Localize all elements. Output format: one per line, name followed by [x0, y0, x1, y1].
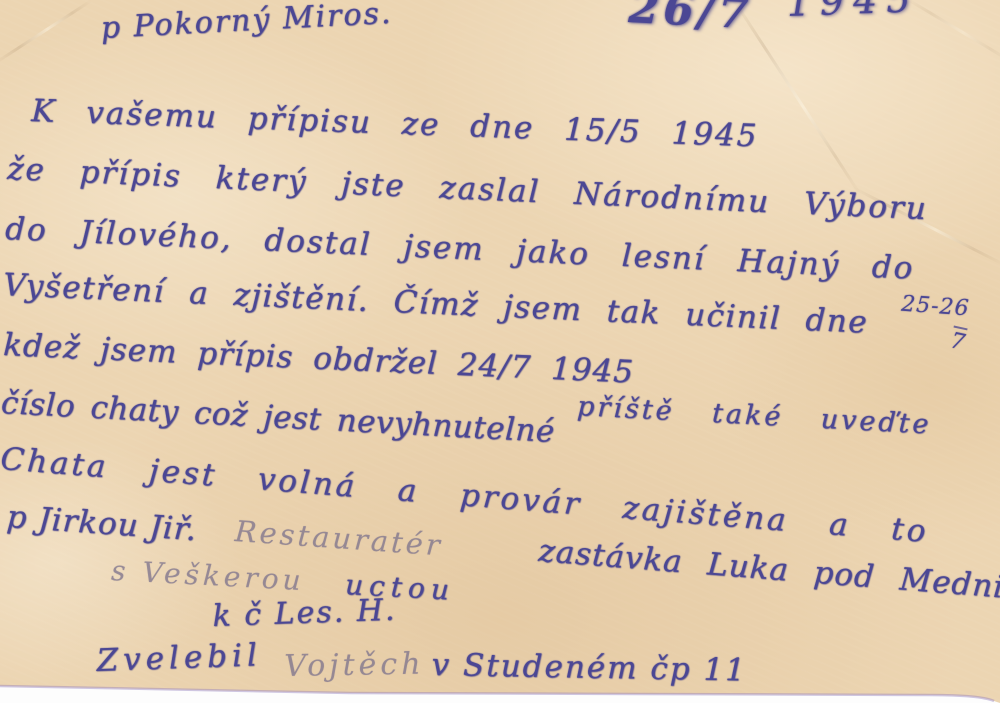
date-day-annotation: 26/7	[627, 0, 753, 39]
date-year-annotation: 1945	[786, 0, 920, 25]
body-line-8-part-3: zastávka Luka pod Medni.	[537, 534, 1000, 605]
margin-date-month: 7	[948, 326, 968, 356]
scan-bed-edge	[0, 677, 1000, 703]
signature-surname: Zvelebil	[96, 638, 262, 678]
body-line-6: číslo chaty což jest nevyhnutelné	[0, 386, 555, 449]
paper-bottom-edge	[0, 677, 1000, 703]
body-line-6-interline: příště také uveďte	[576, 392, 932, 440]
body-line-2: že přípis který jste zaslal Národnímu Vý…	[7, 152, 929, 226]
postcard: p Pokorný Miros. 26/7 1945 K vašemu příp…	[0, 0, 1000, 703]
paper-crease	[0, 0, 92, 65]
margin-date-fraction: 25-26 7	[898, 292, 970, 356]
closing-line-part-1: s Veškerou	[110, 556, 305, 597]
body-line-1: K vašemu přípisu ze dne 15/5 1945	[31, 94, 759, 153]
margin-date-days: 25-26	[900, 292, 970, 322]
body-line-8-part-1: p Jirkou Jiř.	[6, 500, 199, 547]
addressee-line: p Pokorný Miros.	[100, 0, 393, 45]
body-line-5: kdež jsem přípis obdržel 24/7 1945	[3, 328, 635, 390]
title-abbreviation-line: k č Les. H.	[212, 594, 397, 633]
body-line-8-part-2: Restauratér	[234, 516, 444, 562]
